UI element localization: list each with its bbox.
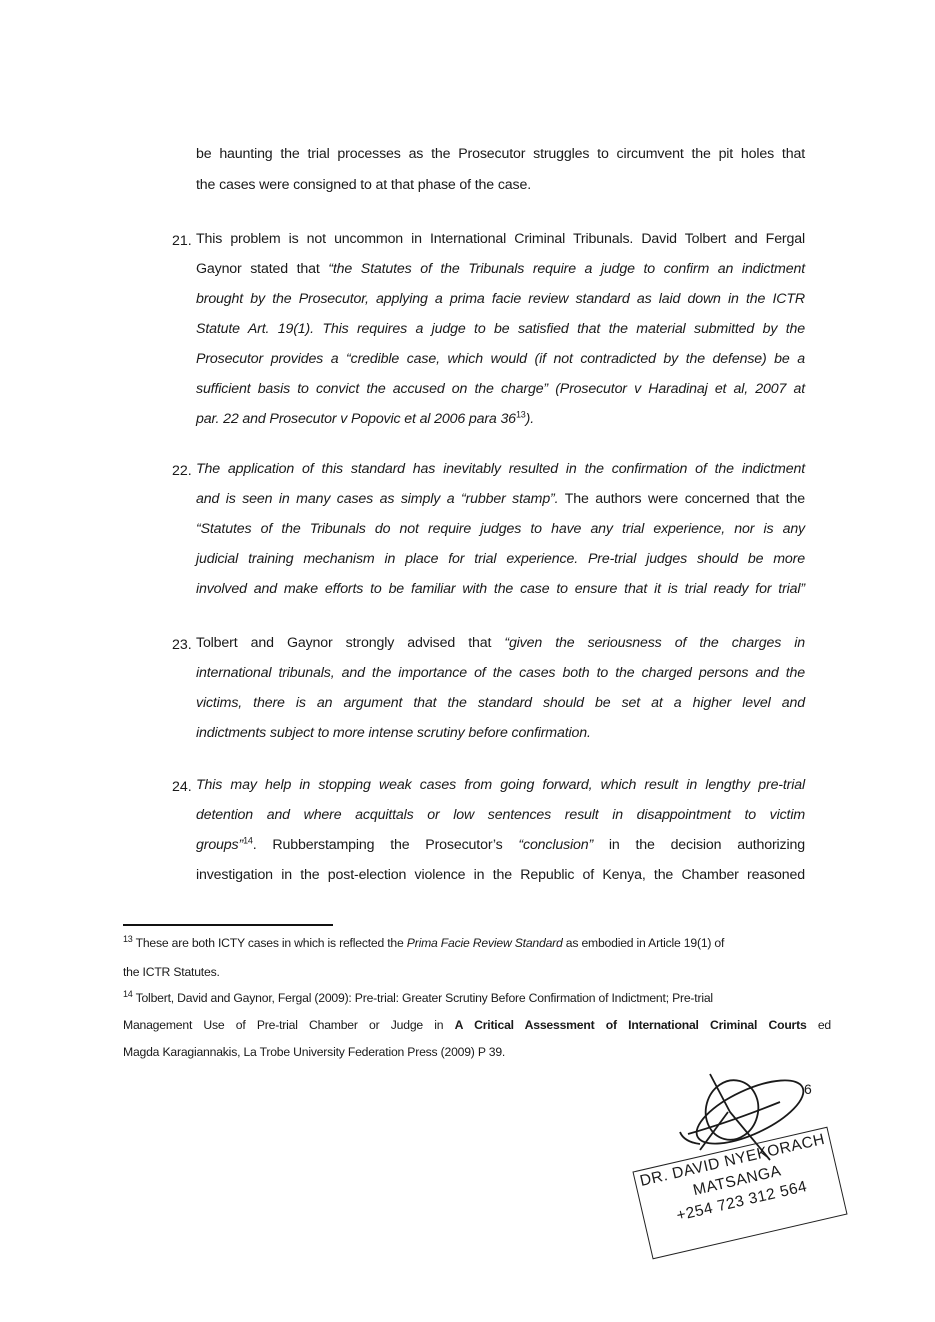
name-stamp: DR. DAVID NYEKORACH MATSANGA +254 723 31… xyxy=(632,1127,847,1260)
para-23-line-2: international tribunals, and the importa… xyxy=(196,664,805,682)
para-23-line-1: Tolbert and Gaynor strongly advised that… xyxy=(196,634,805,652)
signature-stamp: DR. DAVID NYEKORACH MATSANGA +254 723 31… xyxy=(630,1072,860,1262)
footnote-13-line-2: the ICTR Statutes. xyxy=(123,964,220,980)
continuation-line-2: the cases were consigned to at that phas… xyxy=(196,176,531,194)
para-23-line-4-text: indictments subject to more intense scru… xyxy=(196,725,591,741)
para-22-line-2-roman: The authors were concerned that the xyxy=(558,491,805,507)
footnote-14-text-2-pre: Management Use of Pre-trial Chamber or J… xyxy=(123,1018,455,1032)
para-24-line-3-roman-a: . Rubberstamping the Prosecutor’s xyxy=(253,837,519,853)
para-22-line-2-italic: and is seen in many cases as simply a “r… xyxy=(196,491,558,507)
para-22-line-1: The application of this standard has ine… xyxy=(196,460,805,478)
para-23-line-1-roman: Tolbert and Gaynor strongly advised that xyxy=(196,635,491,651)
para-24-line-3: groups”14. Rubberstamping the Prosecutor… xyxy=(196,836,805,854)
footnote-ref-14[interactable]: 14 xyxy=(243,835,253,845)
para-24-line-3-roman-b: in the decision authorizing xyxy=(593,837,805,853)
para-24-line-2: detention and where acquittals or low se… xyxy=(196,806,805,824)
para-21-line-7: par. 22 and Prosecutor v Popovic et al 2… xyxy=(196,410,534,428)
footnote-13-mark: 13 xyxy=(123,934,133,944)
para-21-line-2-text: Gaynor stated that “the Statutes of the … xyxy=(196,261,805,277)
footnote-14-line-3: Magda Karagiannakis, La Trobe University… xyxy=(123,1044,505,1060)
paragraph-number-21: 21. xyxy=(172,232,192,250)
para-21-line-3-text: brought by the Prosecutor, applying a pr… xyxy=(196,291,805,307)
para-22-line-5-text: involved and make efforts to be familiar… xyxy=(196,581,805,597)
footnote-separator xyxy=(123,924,333,926)
para-21-line-7-text: par. 22 and Prosecutor v Popovic et al 2… xyxy=(196,411,516,427)
document-page: be haunting the trial processes as the P… xyxy=(0,0,935,1322)
para-21-line-5: Prosecutor provides a “credible case, wh… xyxy=(196,350,805,368)
para-22-line-5: involved and make efforts to be familiar… xyxy=(196,580,805,598)
paragraph-number-24: 24. xyxy=(172,778,192,796)
para-21-line-2-italic: “the Statutes of the Tribunals require a… xyxy=(328,261,805,277)
para-21-line-4-text: Statute Art. 19(1). This requires a judg… xyxy=(196,321,805,337)
para-24-line-1: This may help in stopping weak cases fro… xyxy=(196,776,805,794)
footnote-14-text-1: Tolbert, David and Gaynor, Fergal (2009)… xyxy=(133,991,713,1005)
para-24-line-3-conclusion: “conclusion” xyxy=(518,837,593,853)
para-22-line-1-text: The application of this standard has ine… xyxy=(196,461,805,477)
para-21-line-3: brought by the Prosecutor, applying a pr… xyxy=(196,290,805,308)
footnote-14-line-2: Management Use of Pre-trial Chamber or J… xyxy=(123,1017,831,1033)
para-23-line-1-italic: “given the seriousness of the charges in xyxy=(491,635,805,651)
para-21-line-4: Statute Art. 19(1). This requires a judg… xyxy=(196,320,805,338)
para-21-line-2: Gaynor stated that “the Statutes of the … xyxy=(196,260,805,278)
para-21-line-5-text: Prosecutor provides a “credible case, wh… xyxy=(196,351,805,367)
para-23-line-3: victims, there is an argument that the s… xyxy=(196,694,805,712)
para-21-line-6-text: sufficient basis to convict the accused … xyxy=(196,381,805,397)
para-24-line-2-text: detention and where acquittals or low se… xyxy=(196,807,805,823)
para-22-line-4: judicial training mechanism in place for… xyxy=(196,550,805,568)
para-22-line-3: “Statutes of the Tribunals do not requir… xyxy=(196,520,805,538)
footnote-14-book-title: A Critical Assessment of International C… xyxy=(455,1018,807,1032)
para-21-line-1: This problem is not uncommon in Internat… xyxy=(196,230,805,248)
para-24-line-3-italic: groups” xyxy=(196,837,243,853)
para-21-line-6: sufficient basis to convict the accused … xyxy=(196,380,805,398)
footnote-14-mark: 14 xyxy=(123,989,133,999)
para-24-line-4: investigation in the post-election viole… xyxy=(196,866,805,884)
footnote-14-line-1: 14 Tolbert, David and Gaynor, Fergal (20… xyxy=(123,990,713,1006)
para-23-line-3-text: victims, there is an argument that the s… xyxy=(196,695,805,711)
para-23-line-4: indictments subject to more intense scru… xyxy=(196,724,591,742)
paragraph-number-23: 23. xyxy=(172,636,192,654)
para-23-line-2-text: international tribunals, and the importa… xyxy=(196,665,805,681)
para-24-line-1-text: This may help in stopping weak cases fro… xyxy=(196,777,805,793)
para-22-line-3-text: “Statutes of the Tribunals do not requir… xyxy=(196,521,805,537)
footnote-14-text-2-post: ed xyxy=(807,1018,831,1032)
footnote-13-post: as embodied in Article 19(1) of xyxy=(563,936,725,950)
para-21-line-2-roman: Gaynor stated that xyxy=(196,261,328,277)
paragraph-number-22: 22. xyxy=(172,462,192,480)
para-21-tail: ). xyxy=(526,411,534,427)
para-22-line-2: and is seen in many cases as simply a “r… xyxy=(196,490,805,508)
footnote-13-italic: Prima Facie Review Standard xyxy=(407,936,563,950)
continuation-line-1: be haunting the trial processes as the P… xyxy=(196,145,805,163)
footnote-13-line-1: 13 These are both ICTY cases in which is… xyxy=(123,935,724,951)
para-22-line-4-text: judicial training mechanism in place for… xyxy=(196,551,805,567)
footnote-13-pre: These are both ICTY cases in which is re… xyxy=(133,936,407,950)
footnote-ref-13[interactable]: 13 xyxy=(516,409,526,419)
